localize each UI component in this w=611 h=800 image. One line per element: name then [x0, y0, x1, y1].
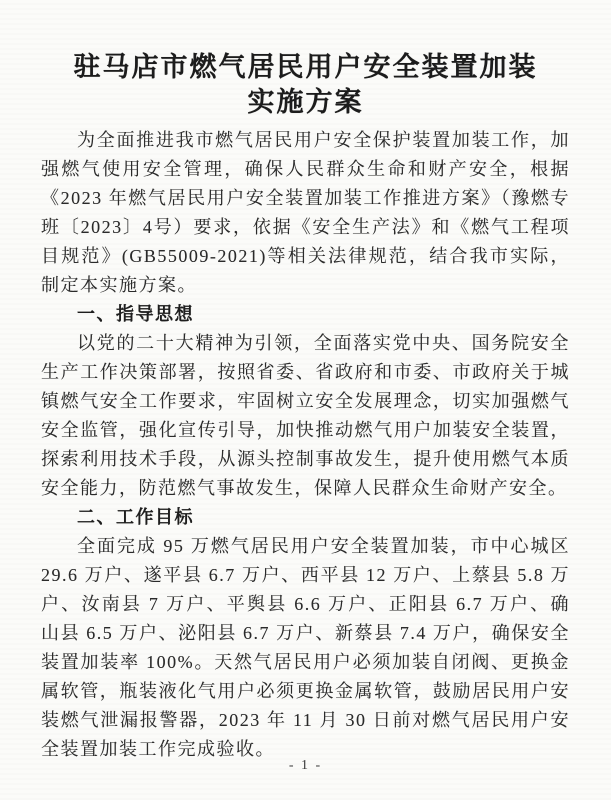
scanned-document-page: 驻马店市燃气居民用户安全装置加装 实施方案 为全面推进我市燃气居民用户安全保护装… — [0, 0, 611, 800]
document-body: 为全面推进我市燃气居民用户安全保护装置加装工作，加强燃气使用安全管理，确保人民群… — [41, 126, 570, 764]
section-1-paragraph: 以党的二十大精神为引领，全面落实党中央、国务院安全生产工作决策部署，按照省委、省… — [41, 329, 570, 503]
document-title: 驻马店市燃气居民用户安全装置加装 实施方案 — [0, 50, 611, 120]
section-heading-2: 二、工作目标 — [41, 503, 570, 532]
document-title-line2: 实施方案 — [0, 85, 611, 120]
page-number: - 1 - — [0, 758, 611, 774]
intro-paragraph: 为全面推进我市燃气居民用户安全保护装置加装工作，加强燃气使用安全管理，确保人民群… — [41, 126, 570, 300]
document-title-line1: 驻马店市燃气居民用户安全装置加装 — [0, 50, 611, 85]
section-heading-1: 一、指导思想 — [41, 300, 570, 329]
section-2-paragraph: 全面完成 95 万燃气居民用户安全装置加装，市中心城区 29.6 万户、遂平县 … — [41, 532, 570, 764]
